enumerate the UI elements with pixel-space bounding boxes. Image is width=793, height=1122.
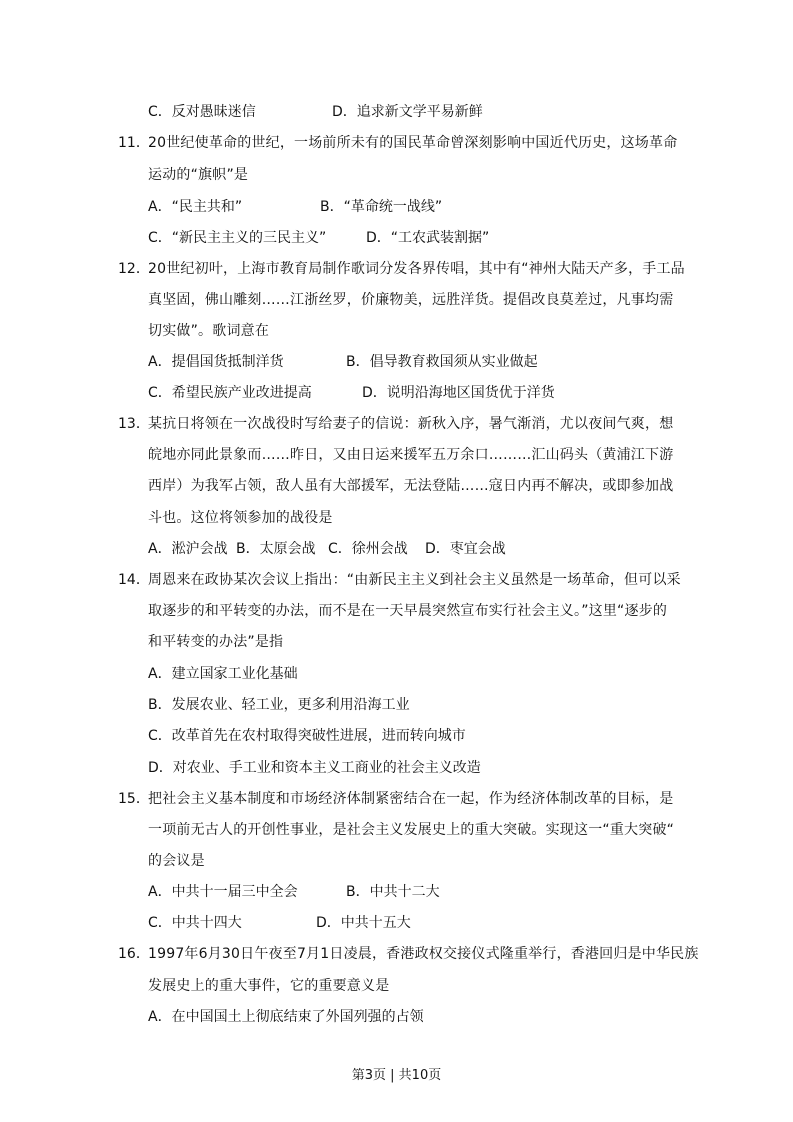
option-a: A．提倡国货抵制洋货 (148, 353, 284, 371)
option-text: 在中国国土上彻底结束了外国列强的占领 (172, 1009, 424, 1025)
question-stem-line: 运动的“旗帜”是 (148, 166, 248, 184)
option-letter: B． (346, 354, 370, 370)
question-number: 14． (118, 571, 150, 589)
question-stem-line: 取逐步的和平转变的办法，而不是在一天早晨突然宣布实行社会主义。”这里“逐步的 (148, 602, 667, 620)
option-a: A．中共十一届三中全会 (148, 883, 298, 901)
option-text: 中共十一届三中全会 (172, 884, 298, 900)
option-prev-c: C．反对愚昧迷信 (148, 103, 256, 121)
option-prev-d: D．追求新文学平易新鲜 (332, 103, 483, 121)
option-letter: A． (148, 541, 172, 557)
option-letter: A． (148, 666, 172, 682)
option-text: 提倡国货抵制洋货 (172, 354, 284, 370)
option-letter: B． (346, 884, 370, 900)
option-c: C．“新民主主义的三民主义” (148, 229, 326, 247)
option-a: A．建立国家工业化基础 (148, 665, 298, 683)
option-text: 枣宜会战 (450, 541, 506, 557)
option-b: B．发展农业、轻工业，更多利用沿海工业 (148, 696, 410, 714)
option-letter: A． (148, 884, 172, 900)
option-letter: D． (362, 385, 387, 401)
option-text: 对农业、手工业和资本主义工商业的社会主义改造 (173, 760, 481, 776)
option-c: C．徐州会战 (328, 540, 408, 558)
option-c: C．中共十四大 (148, 914, 242, 932)
option-b: B．倡导教育救国须从实业做起 (346, 353, 538, 371)
option-b: B．太原会战 (236, 540, 316, 558)
option-b: B．中共十二大 (346, 883, 440, 901)
question-number: 16． (118, 945, 150, 963)
option-letter: D． (425, 541, 450, 557)
option-c: C．改革首先在农村取得突破性进展，进而转向城市 (148, 727, 466, 745)
question-stem-line: 1997年6月30日午夜至7月1日凌晨，香港政权交接仪式隆重举行，香港回归是中华… (148, 945, 699, 963)
option-letter: C． (148, 230, 172, 246)
question-stem-line: 斗也。这位将领参加的战役是 (148, 509, 333, 527)
option-letter: D． (366, 230, 391, 246)
question-stem-line: 周恩来在政协某次会议上指出：“由新民主主义到社会主义虽然是一场革命，但可以采 (148, 571, 681, 589)
question-stem-line: 某抗日将领在一次战役时写给妻子的信说：新秋入序，暑气渐消，尤以夜间气爽，想 (148, 415, 673, 433)
option-letter: D． (332, 104, 357, 120)
option-b: B．“革命统一战线” (320, 198, 442, 216)
question-stem-line: 西岸）为我军占领，敌人虽有大部援军，无法登陆……寇日内再不解决，或即参加战 (148, 477, 673, 495)
option-text: 说明沿海地区国货优于洋货 (387, 385, 555, 401)
question-stem-line: 20世纪使革命的世纪，一场前所未有的国民革命曾深刻影响中国近代历史，这场革命 (148, 134, 677, 152)
option-letter: C． (148, 915, 172, 931)
question-stem-line: 真坚固，佛山雕刻……江浙丝罗，价廉物美，远胜洋货。提倡改良莫差过，凡事均需 (148, 291, 673, 309)
question-stem-line: 发展史上的重大事件，它的重要意义是 (148, 977, 389, 995)
option-letter: C． (148, 728, 172, 744)
option-letter: A． (148, 354, 172, 370)
option-text: 希望民族产业改进提高 (172, 385, 312, 401)
option-text: “新民主主义的三民主义” (172, 230, 327, 246)
option-d: D．“工农武装割据” (366, 229, 489, 247)
option-text: “革命统一战线” (344, 199, 443, 215)
question-number: 13． (118, 415, 150, 433)
option-letter: C． (148, 385, 172, 401)
question-stem-line: 一项前无古人的开创性事业，是社会主义发展史上的重大突破。实现这一“重大突破“ (148, 821, 674, 839)
question-stem-line: 皖地亦同此景象而……昨日，又由日运来援军五万余口………汇山码头（黄浦江下游 (148, 446, 673, 464)
option-text: 徐州会战 (352, 541, 408, 557)
option-letter: A． (148, 1009, 172, 1025)
option-letter: B． (148, 697, 172, 713)
option-letter: C． (328, 541, 352, 557)
option-text: 追求新文学平易新鲜 (357, 104, 483, 120)
option-text: “民主共和” (172, 199, 243, 215)
question-number: 12． (118, 260, 150, 278)
option-d: D．枣宜会战 (425, 540, 506, 558)
option-text: 中共十四大 (172, 915, 242, 931)
option-d: D．中共十五大 (316, 914, 411, 932)
option-letter: D． (148, 760, 173, 776)
option-text: 中共十五大 (341, 915, 411, 931)
option-text: 发展农业、轻工业，更多利用沿海工业 (172, 697, 410, 713)
option-a: A．淞沪会战 (148, 540, 228, 558)
option-letter: A． (148, 199, 172, 215)
question-stem-line: 把社会主义基本制度和市场经济体制紧密结合在一起，作为经济体制改革的目标，是 (148, 790, 673, 808)
option-text: 改革首先在农村取得突破性进展，进而转向城市 (172, 728, 466, 744)
option-text: 太原会战 (260, 541, 316, 557)
question-stem-line: 的会议是 (148, 852, 205, 870)
question-stem-line: 20世纪初叶，上海市教育局制作歌词分发各界传唱，其中有“神州大陆天产多，手工品 (148, 260, 685, 278)
option-c: C．希望民族产业改进提高 (148, 384, 312, 402)
question-number: 11． (118, 134, 150, 152)
option-letter: D． (316, 915, 341, 931)
option-text: 建立国家工业化基础 (172, 666, 298, 682)
option-a: A．“民主共和” (148, 198, 242, 216)
option-d: D．对农业、手工业和资本主义工商业的社会主义改造 (148, 759, 481, 777)
page-footer: 第3页 | 共10页 (0, 1068, 793, 1084)
option-d: D．说明沿海地区国货优于洋货 (362, 384, 555, 402)
option-letter: B． (320, 199, 344, 215)
option-text: 淞沪会战 (172, 541, 228, 557)
option-text: 中共十二大 (370, 884, 440, 900)
option-text: 倡导教育救国须从实业做起 (370, 354, 538, 370)
option-letter: B． (236, 541, 260, 557)
option-text: “工农武装割据” (391, 230, 490, 246)
option-letter: C． (148, 104, 172, 120)
option-text: 反对愚昧迷信 (172, 104, 256, 120)
option-a: A．在中国国土上彻底结束了外国列强的占领 (148, 1008, 424, 1026)
question-number: 15． (118, 790, 150, 808)
question-stem-line: 和平转变的办法”是指 (148, 633, 283, 651)
question-stem-line: 切实做”。歌词意在 (148, 322, 269, 340)
